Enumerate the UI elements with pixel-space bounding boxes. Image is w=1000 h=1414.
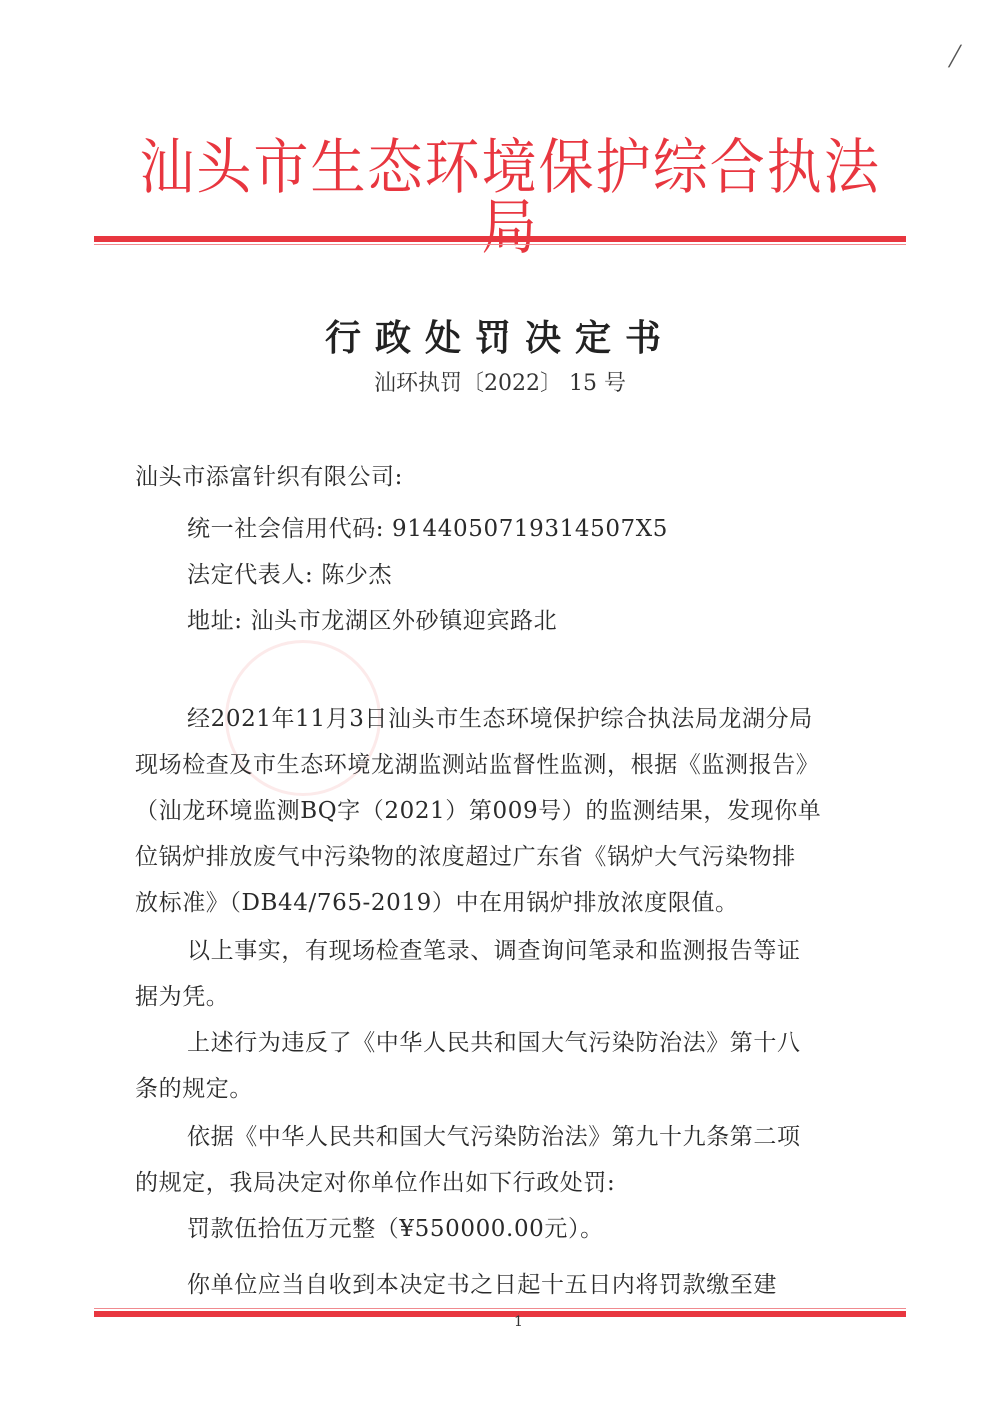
penalty-amount: 罚款伍拾伍万元整（¥550000.00元）。 bbox=[187, 1210, 604, 1243]
header-red-rule bbox=[94, 236, 906, 242]
body-line: 放标准》（DB44/765-2019）中在用锅炉排放浓度限值。 bbox=[135, 884, 739, 917]
footer-red-rule bbox=[94, 1311, 906, 1317]
page-count-mark: / bbox=[946, 38, 964, 76]
recipient-legal-rep: 法定代表人: 陈少杰 bbox=[187, 556, 392, 589]
recipient-name: 汕头市添富针织有限公司: bbox=[135, 458, 403, 491]
header-red-rule-thin bbox=[94, 244, 906, 245]
body-line: 现场检查及市生态环境龙湖监测站监督性监测，根据《监测报告》 bbox=[135, 746, 819, 779]
body-line: （汕龙环境监测BQ字（2021）第009号）的监测结果，发现你单 bbox=[135, 792, 821, 825]
body-line: 条的规定。 bbox=[135, 1070, 253, 1103]
recipient-address: 地址: 汕头市龙湖区外砂镇迎宾路北 bbox=[187, 602, 557, 635]
page-number: 1 bbox=[514, 1314, 523, 1330]
body-line: 上述行为违反了《中华人民共和国大气污染防治法》第十八 bbox=[187, 1024, 801, 1057]
recipient-credit-code: 统一社会信用代码: 9144050719314507X5 bbox=[187, 510, 668, 543]
footer-red-rule-thin bbox=[94, 1308, 906, 1309]
body-line: 以上事实，有现场检查笔录、调查询问笔录和监测报告等证 bbox=[187, 932, 801, 965]
body-line: 你单位应当自收到本决定书之日起十五日内将罚款缴至建 bbox=[187, 1266, 777, 1299]
body-line: 位锅炉排放废气中污染物的浓度超过广东省《锅炉大气污染物排 bbox=[135, 838, 796, 871]
body-line: 据为凭。 bbox=[135, 978, 229, 1011]
body-line: 依据《中华人民共和国大气污染防治法》第九十九条第二项 bbox=[187, 1118, 801, 1151]
body-line: 的规定，我局决定对你单位作出如下行政处罚: bbox=[135, 1164, 615, 1197]
document-number: 汕环执罚〔2022〕 15 号 bbox=[0, 366, 1000, 397]
body-line: 经2021年11月3日汕头市生态环境保护综合执法局龙湖分局 bbox=[187, 700, 813, 733]
document-title: 行政处罚决定书 bbox=[0, 310, 1000, 361]
